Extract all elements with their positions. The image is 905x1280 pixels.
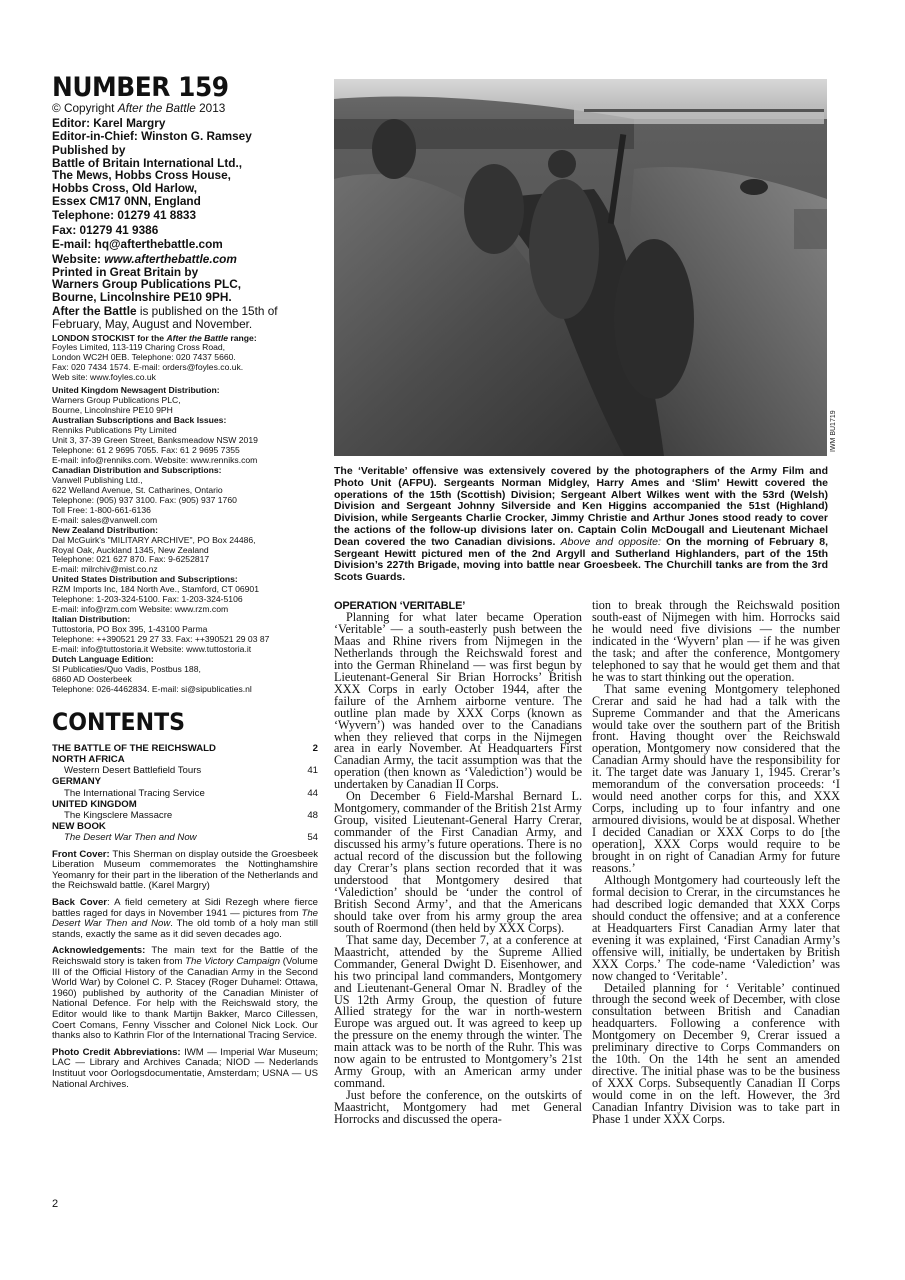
article-column-2: tion to break through the Reichswald pos… [592, 600, 840, 1126]
acknowledgements-note: Acknowledgements: The main text for the … [52, 946, 318, 1041]
website-link[interactable]: www.afterthebattle.com [104, 252, 237, 266]
publisher-address: Published by Battle of Britain Internati… [52, 144, 318, 303]
toc-entry[interactable]: The Desert War Then and Now 54 [52, 832, 318, 843]
photo-credit-note: Photo Credit Abbreviations: IWM — Imperi… [52, 1048, 318, 1090]
issue-title: NUMBER 159 [52, 74, 297, 102]
article-paragraph: That same evening Montgomery telephoned … [592, 684, 840, 875]
photo-caption: The ‘Veritable’ offensive was extensivel… [334, 466, 828, 584]
australian-distribution: Australian Subscriptions and Back Issues… [52, 416, 318, 466]
front-cover-note: Front Cover: This Sherman on display out… [52, 850, 318, 892]
distribution-info: LONDON STOCKIST for the After the Battle… [52, 334, 318, 695]
toc-entry[interactable]: Western Desert Battlefield Tours 41 [52, 765, 318, 776]
toc-entry[interactable]: The Kingsclere Massacre 48 [52, 810, 318, 821]
table-of-contents: THE BATTLE OF THE REICHSWALD 2 NORTH AFR… [52, 743, 318, 844]
contents-title: CONTENTS [52, 709, 297, 735]
editor: Editor: Karel Margry [52, 117, 318, 130]
article-column-1: OPERATION ‘VERITABLE’ Planning for what … [334, 600, 582, 1126]
telephone: Telephone: 01279 41 8833 [52, 209, 318, 222]
email-link[interactable]: E-mail: hq@afterthebattle.com [52, 238, 318, 251]
article-paragraph: Although Montgomery had courteously left… [592, 875, 840, 983]
trench-photo [334, 79, 827, 456]
toc-section: GERMANY [52, 776, 318, 787]
toc-section: NEW BOOK [52, 821, 318, 832]
new-zealand-distribution: New Zealand Distribution: Dal McGuirk's … [52, 526, 318, 576]
article-paragraph: That same day, December 7, at a conferen… [334, 935, 582, 1090]
toc-section: UNITED KINGDOM [52, 799, 318, 810]
masthead-column: NUMBER 159 © Copyright After the Battle … [52, 74, 318, 1090]
us-distribution: United States Distribution and Subscript… [52, 575, 318, 615]
photo-credit: IWM BU1719 [830, 392, 844, 454]
page-number: 2 [52, 1198, 58, 1210]
article-paragraph: Detailed planning for ‘ Veritable’ conti… [592, 983, 840, 1126]
article-paragraph: On December 6 Field-Marshal Bernard L. M… [334, 791, 582, 934]
publication-schedule: After the Battle is published on the 15t… [52, 305, 318, 330]
dutch-edition: Dutch Language Edition: SI Publicaties/Q… [52, 655, 318, 695]
toc-entry[interactable]: THE BATTLE OF THE REICHSWALD 2 [52, 743, 318, 754]
editors: Editor: Karel Margry Editor-in-Chief: Wi… [52, 117, 318, 142]
article-paragraph: tion to break through the Reichswald pos… [592, 600, 840, 684]
article-paragraph: Just before the conference, on the outsk… [334, 1090, 582, 1126]
website: Website: www.afterthebattle.com [52, 253, 318, 266]
back-cover-note: Back Cover: A field cemetery at Sidi Rez… [52, 898, 318, 940]
copyright-line: © Copyright After the Battle 2013 [52, 102, 318, 115]
fax: Fax: 01279 41 9386 [52, 224, 318, 237]
london-stockist: LONDON STOCKIST for the After the Battle… [52, 334, 318, 384]
article-paragraph: Planning for what later became Operation… [334, 612, 582, 791]
toc-entry[interactable]: The International Tracing Service 44 [52, 788, 318, 799]
canadian-distribution: Canadian Distribution and Subscriptions:… [52, 466, 318, 526]
editor-in-chief: Editor-in-Chief: Winston G. Ramsey [52, 130, 318, 143]
toc-section: NORTH AFRICA [52, 754, 318, 765]
uk-distribution: United Kingdom Newsagent Distribution: W… [52, 386, 318, 416]
italian-distribution: Italian Distribution: Tuttostoria, PO Bo… [52, 615, 318, 655]
